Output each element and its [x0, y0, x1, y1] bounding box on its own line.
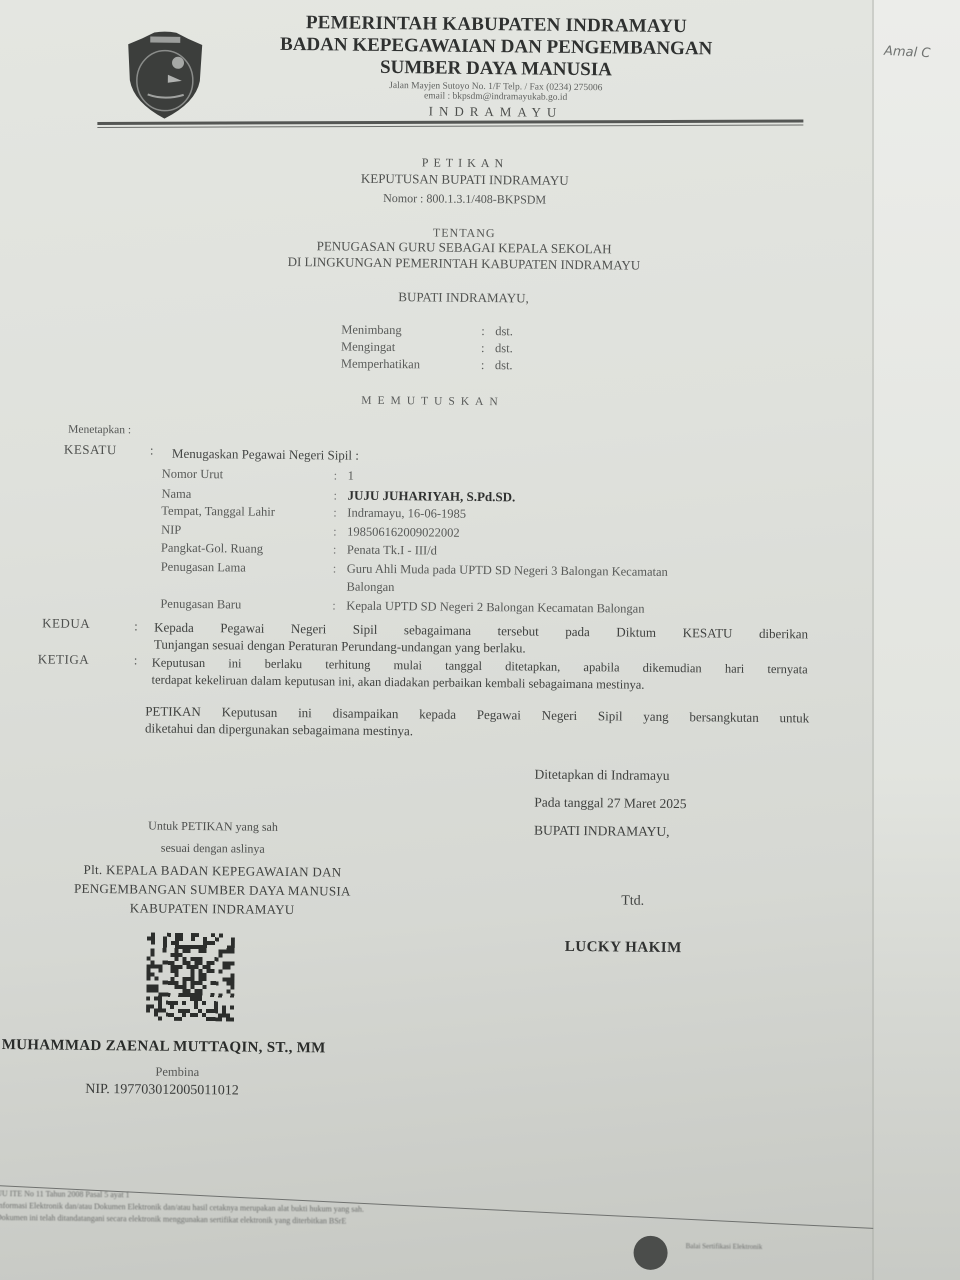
decree-title: KEPUTUSAN BUPATI INDRAMAYU — [265, 170, 665, 190]
document-page: PEMERINTAH KABUPATEN INDRAMAYU BADAN KEP… — [0, 0, 960, 1280]
regent-signature-block: Ditetapkan di Indramayu Pada tanggal 27 … — [534, 767, 687, 853]
decree-number: Nomor : 800.1.3.1/408-BKPSDM — [265, 190, 665, 209]
official-name: MUHAMMAD ZAENAL MUTTAQIN, ST., MM — [2, 1037, 326, 1057]
official-nip: NIP. 197703012005011012 — [85, 1082, 239, 1100]
employee-details: Nomor Urut:1 Nama:JUJU JUHARIYAH, S.Pd.S… — [160, 467, 808, 622]
bsre-logo-icon — [633, 1236, 667, 1270]
employee-name: JUJU JUHARIYAH, S.Pd.SD. — [347, 487, 807, 508]
regency-crest-icon — [119, 28, 210, 121]
footer-legal: UU ITE No 11 Tahun 2008 Pasal 5 ayat 1 — [0, 1189, 130, 1199]
signed-mark: Ttd. — [621, 893, 644, 909]
decides-heading: MEMUTUSKAN — [302, 394, 562, 409]
authority: BUPATI INDRAMAYU, — [264, 288, 664, 308]
consideration-row: Memperhatikan:dst. — [341, 357, 513, 376]
bsre-logo-text: Balai Sertifikasi Elektronik — [686, 1242, 763, 1252]
footer-legal: Dokumen ini telah ditandatangani secara … — [0, 1213, 346, 1226]
establish-label: Menetapkan : — [68, 424, 131, 437]
footer-legal: Informasi Elektronik dan/atau Dokumen El… — [0, 1201, 364, 1214]
considerations: Menimbang:dst. Mengingat:dst. Memperhati… — [341, 323, 513, 376]
diktum-ketiga-text: Keputusan ini berlaku terhitung mulai ta… — [151, 655, 807, 696]
closing-paragraph: PETIKAN Keputusan ini disampaikan kepada… — [145, 702, 809, 743]
diktum-ketiga-label: KETIGA — [38, 651, 90, 668]
consideration-row: Menimbang:dst. — [341, 323, 513, 342]
consideration-row: Mengingat:dst. — [341, 340, 513, 359]
signer-title: BUPATI INDRAMAYU, — [534, 823, 687, 853]
signing-place: Ditetapkan di Indramayu — [534, 767, 687, 797]
diktum-kedua-text: Kepada Pegawai Negeri Sipil sebagaimana … — [154, 619, 808, 660]
diktum-kesatu-label: KESATU — [64, 442, 117, 459]
signing-date: Pada tanggal 27 Maret 2025 — [534, 795, 687, 825]
letterhead: PEMERINTAH KABUPATEN INDRAMAYU BADAN KEP… — [235, 11, 756, 122]
regent-name: LUCKY HAKIM — [565, 939, 682, 957]
diktum-kedua-label: KEDUA — [42, 615, 90, 632]
official-signature-block: Untuk PETIKAN yang sah sesuai dengan asl… — [27, 813, 398, 920]
official-rank: Pembina — [155, 1065, 199, 1080]
diktum-kesatu-text: Menugaskan Pegawai Negeri Sipil : — [172, 445, 359, 464]
letterhead-rule-thin — [97, 125, 803, 128]
qr-code-icon — [146, 933, 235, 1022]
